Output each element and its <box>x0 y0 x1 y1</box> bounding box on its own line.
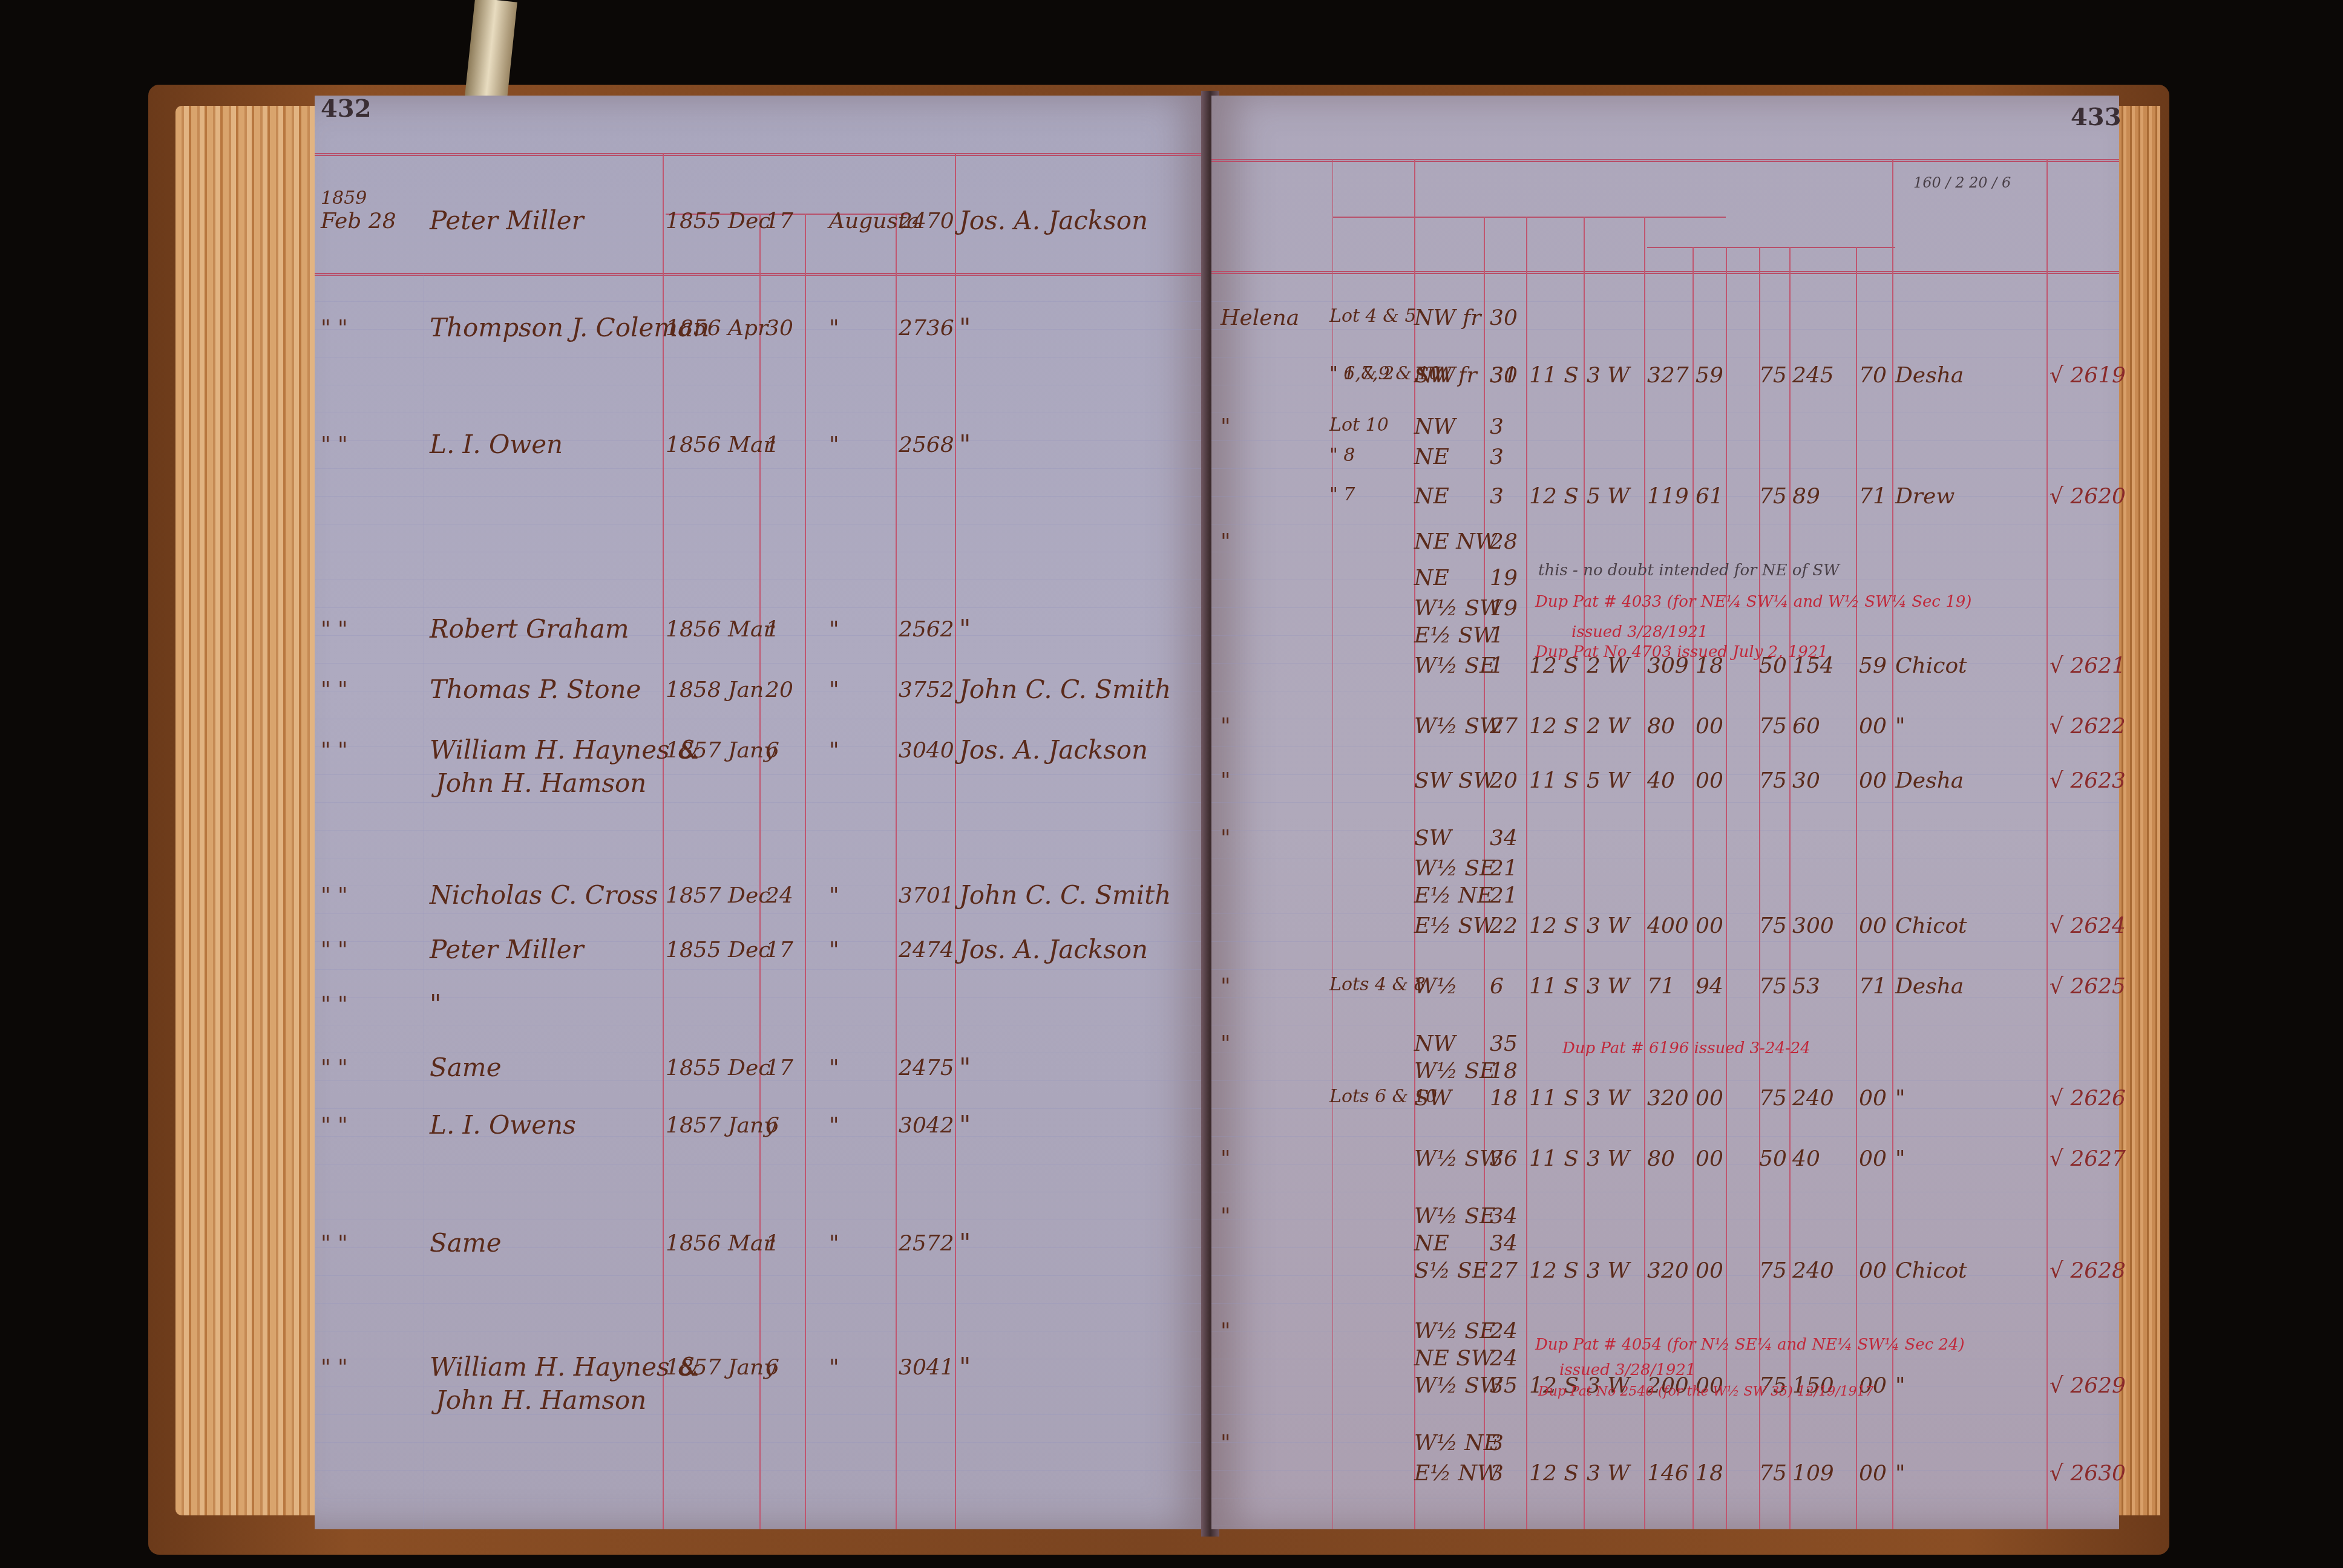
entry-sec: 34 <box>1490 826 1518 851</box>
entry-date: " " <box>321 433 348 457</box>
entry-county: " <box>1221 1031 1231 1056</box>
entry-certificate: 2562 <box>899 617 954 642</box>
ruled-line <box>1211 1192 2119 1192</box>
entry-check: √ 2629 <box>2050 1373 2126 1398</box>
entry-sec: 6 <box>1490 974 1504 999</box>
ruled-line <box>315 580 1209 580</box>
col-divider <box>1584 217 1585 1529</box>
entry-county2: " <box>1895 1373 1906 1398</box>
entry-sec: 3 <box>1490 1461 1504 1486</box>
entry-year-month: 1857 Jany <box>666 1113 776 1138</box>
entry-amount: 60 <box>1792 714 1820 739</box>
entry-county2: " <box>1895 1086 1906 1111</box>
entry-register: John C. C. Smith <box>959 880 1171 910</box>
entry-hund: 00 <box>1696 1086 1723 1111</box>
entry-rate: 75 <box>1759 768 1787 793</box>
entry-day: 1 <box>765 433 779 457</box>
entry-sec: 19 <box>1490 596 1518 621</box>
entry-year-month: 1857 Dec <box>666 883 770 908</box>
ruled-line <box>315 496 1209 497</box>
left-page: 432 1859Feb 28Peter Miller1855 Dec17Augu… <box>315 96 1209 1529</box>
entry-amount: 30 <box>1792 768 1820 793</box>
entry-day: 6 <box>765 1355 779 1380</box>
entry-register: " <box>959 430 971 459</box>
entry-office: " <box>829 433 839 457</box>
entry-date: " " <box>321 1113 348 1138</box>
entry-name: Nicholas C. Cross <box>430 880 658 910</box>
entry-lot: Lot 10 <box>1329 414 1389 436</box>
entry-check: √ 2621 <box>2050 653 2126 678</box>
entry-county2: " <box>1895 1461 1906 1486</box>
ruled-line <box>1211 440 2119 441</box>
entry-county2: Chicot <box>1895 913 1967 938</box>
entry-rate: 75 <box>1759 1258 1787 1283</box>
ruled-line <box>1211 552 2119 552</box>
entry-part: S½ SE <box>1414 1258 1488 1283</box>
ruled-line <box>1211 691 2119 691</box>
entry-name-second: John H. Hamson <box>436 768 646 798</box>
ruled-line <box>1211 329 2119 330</box>
col-divider <box>2046 159 2048 1529</box>
entry-office: " <box>829 1113 839 1138</box>
entry-rate: 75 <box>1759 1461 1787 1486</box>
entry-county: " <box>1221 1319 1231 1344</box>
entry-day: 17 <box>765 1056 793 1080</box>
entry-twp: 11 S <box>1529 363 1579 388</box>
entry-hund: 00 <box>1696 1258 1723 1283</box>
entry-rate: 75 <box>1759 974 1787 999</box>
ruled-line <box>315 607 1209 608</box>
entry-part: W½ SE <box>1414 1204 1495 1229</box>
entry-register: " <box>959 614 971 644</box>
entry-day: 6 <box>765 738 779 763</box>
ruled-line <box>315 830 1209 831</box>
entry-county2: Chicot <box>1895 1258 1967 1283</box>
entry-hund: 00 <box>1696 913 1723 938</box>
entry-office: " <box>829 1056 839 1080</box>
entry-sec: 18 <box>1490 1086 1518 1111</box>
ruled-line <box>315 913 1209 914</box>
pencil-calculation: 160 / 2 20 / 6 <box>1913 174 2011 191</box>
entry-part: W½ SE <box>1414 856 1495 881</box>
entry-year-month: 1857 Jany <box>666 738 776 763</box>
entry-date: " " <box>321 738 348 763</box>
ruled-line <box>315 468 1209 469</box>
ruled-line <box>1211 1442 2119 1443</box>
entry-check: √ 2620 <box>2050 484 2126 509</box>
entry-name: L. I. Owens <box>430 1110 576 1140</box>
red-note-dup-pat-4054: Dup Pat # 4054 (for N½ SE¼ and NE¼ SW¼ S… <box>1535 1336 1965 1354</box>
ruled-line <box>1211 413 2119 413</box>
entry-register: Jos. A. Jackson <box>959 206 1148 235</box>
col-divider <box>1526 217 1527 1529</box>
entry-check: √ 2626 <box>2050 1086 2126 1111</box>
entry-date: " " <box>321 883 348 908</box>
entry-hund: 61 <box>1696 484 1723 509</box>
entry-twp: 12 S <box>1529 913 1579 938</box>
entry-rge: 5 W <box>1587 768 1630 793</box>
entry-acres: 119 <box>1647 484 1689 509</box>
page-edges-right <box>2118 106 2160 1515</box>
entry-cents: 00 <box>1859 1086 1887 1111</box>
header-rule-top <box>315 153 1209 156</box>
entry-year-month: 1856 Mar <box>666 617 774 642</box>
ruled-line <box>1211 830 2119 831</box>
entry-county2: Desha <box>1895 974 1964 999</box>
entry-lot: " 1 & 2 <box>1329 363 1394 384</box>
entry-sec: 27 <box>1490 714 1518 739</box>
entry-office: " <box>829 617 839 642</box>
entry-part: SW <box>1414 826 1452 851</box>
entry-sec: 3 <box>1490 445 1504 469</box>
ruled-line <box>315 301 1209 302</box>
entry-sec: 35 <box>1490 1031 1518 1056</box>
entry-part: SW <box>1414 1086 1452 1111</box>
ruled-line <box>315 357 1209 358</box>
ruled-line <box>1211 301 2119 302</box>
entry-name: William H. Haynes & <box>430 735 700 765</box>
entry-part: W½ SE <box>1414 653 1495 678</box>
entry-part: E½ NE <box>1414 883 1493 908</box>
entry-sec: 21 <box>1490 883 1518 908</box>
entry-sec: 21 <box>1490 856 1518 881</box>
entry-check: √ 2628 <box>2050 1258 2126 1283</box>
ruled-line <box>315 413 1209 413</box>
entry-day: 1 <box>765 617 779 642</box>
red-note-issued: issued 3/28/1921 <box>1559 1361 1696 1379</box>
right-page-number: 433 <box>2071 103 2122 131</box>
entry-sec: 22 <box>1490 913 1518 938</box>
ruled-line <box>1211 746 2119 747</box>
entry-part: NW <box>1414 1031 1456 1056</box>
col-divider <box>1644 217 1645 1529</box>
entry-hund: 00 <box>1696 1146 1723 1171</box>
entry-county: Helena <box>1221 305 1299 330</box>
entry-day: 1 <box>765 1231 779 1256</box>
entry-twp: 11 S <box>1529 974 1579 999</box>
ruled-line <box>315 1498 1209 1498</box>
entry-day: 30 <box>765 316 793 341</box>
entry-cents: 00 <box>1859 714 1887 739</box>
entry-county: " <box>1221 974 1231 999</box>
entry-office: " <box>829 938 839 962</box>
entry-part: NW <box>1414 363 1456 388</box>
entry-sec: 18 <box>1490 1059 1518 1083</box>
ruled-line <box>315 1303 1209 1304</box>
col-divider <box>896 214 897 1529</box>
ruled-line <box>315 1470 1209 1471</box>
entry-acres: 80 <box>1647 714 1675 739</box>
entry-date: " " <box>321 938 348 962</box>
entry-rate: 75 <box>1759 913 1787 938</box>
entry-part: W½ SE <box>1414 1059 1495 1083</box>
ruled-line <box>315 552 1209 552</box>
entry-county2: Desha <box>1895 768 1964 793</box>
entry-twp: 11 S <box>1529 1086 1579 1111</box>
entry-office: " <box>829 738 839 763</box>
entry-name-second: John H. Hamson <box>436 1385 646 1415</box>
entry-acres: 71 <box>1647 974 1675 999</box>
entry-certificate: 3041 <box>899 1355 954 1380</box>
red-note-dup-pat-6196: Dup Pat # 6196 issued 3-24-24 <box>1562 1039 1810 1057</box>
entry-rge: 2 W <box>1587 714 1630 739</box>
entry-part: NE SW <box>1414 1346 1493 1371</box>
entry-rge: 3 W <box>1587 1461 1630 1486</box>
ruled-line <box>1211 1220 2119 1220</box>
entry-date: " " <box>321 1056 348 1080</box>
entry-acres: 40 <box>1647 768 1675 793</box>
entry-day: 6 <box>765 1113 779 1138</box>
col-divider <box>759 214 761 1529</box>
entry-cents: 71 <box>1859 484 1887 509</box>
ruled-line <box>1211 1414 2119 1415</box>
entry-check: √ 2627 <box>2050 1146 2126 1171</box>
entry-county: " <box>1221 529 1231 554</box>
entry-year-month: 1856 Apr <box>666 316 768 341</box>
entry-acres: 320 <box>1647 1086 1689 1111</box>
entry-register: " <box>959 1053 971 1082</box>
ruled-line <box>1211 802 2119 803</box>
entry-year-month: 1858 Jan <box>666 678 764 702</box>
entry-check: √ 2630 <box>2050 1461 2126 1486</box>
entry-day: 17 <box>765 938 793 962</box>
entry-rge: 3 W <box>1587 913 1630 938</box>
entry-cents: 71 <box>1859 974 1887 999</box>
entry-part: W½ <box>1414 974 1458 999</box>
entry-sec: 19 <box>1490 566 1518 590</box>
entry-name: William H. Haynes & <box>430 1352 700 1382</box>
ruled-line <box>1211 1025 2119 1025</box>
entry-year: 1859 <box>321 188 367 209</box>
entry-date: " " <box>321 1231 348 1256</box>
entry-part: W½ NE <box>1414 1431 1499 1455</box>
ruled-line <box>315 524 1209 524</box>
entry-hund: 00 <box>1696 714 1723 739</box>
entry-county: " <box>1221 714 1231 739</box>
entry-name: L. I. Owen <box>430 430 563 459</box>
page-edges-left <box>175 106 315 1515</box>
entry-amount: 300 <box>1792 913 1834 938</box>
entry-hund: 59 <box>1696 363 1723 388</box>
entry-amount: 53 <box>1792 974 1820 999</box>
entry-lot: " 8 <box>1329 445 1355 466</box>
entry-acres: 320 <box>1647 1258 1689 1283</box>
entry-sec: 30 <box>1490 305 1518 330</box>
header-rule-mid <box>1332 217 1726 218</box>
entry-lot: Lots 4 & 8 <box>1329 974 1426 995</box>
col-divider <box>663 153 664 1529</box>
ruled-line <box>315 663 1209 664</box>
entry-part: NE <box>1414 445 1449 469</box>
entry-part: NW fr <box>1414 305 1481 330</box>
ruled-line <box>315 1164 1209 1165</box>
entry-amount: 245 <box>1792 363 1834 388</box>
entry-check: √ 2619 <box>2050 363 2126 388</box>
ruled-line <box>315 997 1209 998</box>
entry-date: " " <box>321 1355 348 1380</box>
red-note-dup-pat-4033: Dup Pat # 4033 (for NE¼ SW¼ and W½ SW¼ S… <box>1535 593 1971 611</box>
entry-amount: 109 <box>1792 1461 1834 1486</box>
ruled-line <box>1211 941 2119 942</box>
ruled-line <box>315 1526 1209 1526</box>
entry-rge: 3 W <box>1587 1146 1630 1171</box>
entry-amount: 89 <box>1792 484 1820 509</box>
entry-county2: Desha <box>1895 363 1964 388</box>
entry-name: Peter Miller <box>430 935 584 964</box>
entry-twp: 11 S <box>1529 768 1579 793</box>
entry-year-month: 1856 Mar <box>666 1231 774 1256</box>
entry-rate: 75 <box>1759 714 1787 739</box>
entry-check: √ 2622 <box>2050 714 2126 739</box>
entry-day: 24 <box>765 883 793 908</box>
entry-part: E½ SW <box>1414 913 1495 938</box>
header-rule-low <box>1647 247 1895 248</box>
entry-sec: 24 <box>1490 1319 1518 1344</box>
entry-sec: 3 <box>1490 484 1504 509</box>
ruled-line <box>315 1442 1209 1443</box>
ruled-line <box>1211 357 2119 358</box>
entry-cents: 00 <box>1859 1146 1887 1171</box>
entry-county: " <box>1221 414 1231 439</box>
entry-hund: 94 <box>1696 974 1723 999</box>
entry-check: √ 2624 <box>2050 913 2126 938</box>
entry-rge: 3 W <box>1587 363 1630 388</box>
entry-part: NE <box>1414 1231 1449 1256</box>
entry-county2: Drew <box>1895 484 1955 509</box>
entry-part: NE <box>1414 484 1449 509</box>
ruled-line <box>315 1025 1209 1025</box>
entry-sec: 36 <box>1490 1146 1518 1171</box>
ruled-line <box>315 1192 1209 1192</box>
col-divider <box>424 274 424 1529</box>
ruled-line <box>315 802 1209 803</box>
entry-lot: Lot 4 & 5 <box>1329 305 1417 327</box>
right-page: 433 160 / 2 20 / 6 HelenaLot 4 & 5NW fr3… <box>1211 96 2119 1529</box>
entry-county: " <box>1221 1204 1231 1229</box>
header-rule-bottom <box>1211 271 2119 274</box>
entry-part: NE NW <box>1414 529 1498 554</box>
pencil-note-sec19: this - no doubt intended for NE of SW <box>1538 561 1840 580</box>
ruled-line <box>315 1275 1209 1276</box>
entry-name: Thomas P. Stone <box>430 675 641 704</box>
ruled-line <box>315 858 1209 858</box>
ruled-line <box>1211 1526 2119 1526</box>
ruled-line <box>1211 886 2119 886</box>
entry-date: Feb 28 <box>321 209 396 234</box>
col-divider <box>805 214 806 1529</box>
ruled-line <box>315 969 1209 970</box>
entry-office: " <box>829 678 839 702</box>
entry-check: √ 2623 <box>2050 768 2126 793</box>
entry-sec: 35 <box>1490 1373 1518 1398</box>
header-rule-top <box>1211 159 2119 162</box>
entry-register: Jos. A. Jackson <box>959 735 1148 765</box>
entry-rge: 3 W <box>1587 1086 1630 1111</box>
entry-name: Same <box>430 1228 502 1258</box>
entry-amount: 240 <box>1792 1086 1834 1111</box>
entry-office: " <box>829 1231 839 1256</box>
ruled-line <box>315 1331 1209 1331</box>
entry-rate: 50 <box>1759 1146 1787 1171</box>
ruled-line <box>1211 1303 2119 1304</box>
entry-certificate: 2470 <box>899 209 954 234</box>
entry-register: Jos. A. Jackson <box>959 935 1148 964</box>
entry-cents: 00 <box>1859 768 1887 793</box>
entry-certificate: 2568 <box>899 433 954 457</box>
ruled-line <box>1211 1359 2119 1359</box>
ruled-line <box>1211 1247 2119 1248</box>
entry-cents: 59 <box>1859 653 1887 678</box>
entry-rate: 75 <box>1759 363 1787 388</box>
entry-day: 20 <box>765 678 793 702</box>
entry-amount: 240 <box>1792 1258 1834 1283</box>
entry-register: " <box>959 1228 971 1258</box>
entry-cents: 00 <box>1859 1461 1887 1486</box>
entry-certificate: 3042 <box>899 1113 954 1138</box>
entry-certificate: 2474 <box>899 938 954 962</box>
entry-cents: 00 <box>1859 913 1887 938</box>
entry-cents: 70 <box>1859 363 1887 388</box>
entry-year-month: 1857 Jany <box>666 1355 776 1380</box>
entry-sec: 24 <box>1490 1346 1518 1371</box>
entry-sec: 34 <box>1490 1231 1518 1256</box>
header-rule-bottom <box>315 273 1209 276</box>
entry-twp: 12 S <box>1529 1258 1579 1283</box>
entry-rge: 3 W <box>1587 1258 1630 1283</box>
entry-part: W½ SW <box>1414 596 1502 621</box>
entry-certificate: 3701 <box>899 883 954 908</box>
entry-acres: 146 <box>1647 1461 1689 1486</box>
entry-part: E½ NW <box>1414 1461 1499 1486</box>
entry-name: Same <box>430 1053 502 1082</box>
entry-register: " <box>959 1110 971 1140</box>
ruled-line <box>315 1220 1209 1220</box>
entry-year-month: 1855 Dec <box>666 938 770 962</box>
entry-county2: " <box>1895 714 1906 739</box>
entry-check: √ 2625 <box>2050 974 2126 999</box>
entry-rge: 5 W <box>1587 484 1630 509</box>
entry-sec: 31 <box>1490 363 1518 388</box>
ruled-line <box>1211 969 2119 970</box>
entry-county: " <box>1221 826 1231 851</box>
ruled-line <box>1211 1331 2119 1331</box>
ruled-line <box>1211 580 2119 580</box>
col-divider <box>955 153 956 1529</box>
entry-rate: 75 <box>1759 1086 1787 1111</box>
entry-amount: 40 <box>1792 1146 1820 1171</box>
entry-part: W½ SW <box>1414 1373 1502 1398</box>
entry-part: W½ SW <box>1414 1146 1502 1171</box>
entry-rate: 75 <box>1759 484 1787 509</box>
entry-lot: " 7 <box>1329 484 1355 505</box>
entry-sec: 3 <box>1490 1431 1504 1455</box>
entry-hund: 00 <box>1696 768 1723 793</box>
red-note-dup-pat-2540: Dup Pat No 2540 (for the W½ SW 35) 12/19… <box>1538 1384 1874 1399</box>
entry-county2: " <box>1895 1146 1906 1171</box>
entry-certificate: 3752 <box>899 678 954 702</box>
entry-name: Robert Graham <box>430 614 629 644</box>
entry-part: W½ SE <box>1414 1319 1495 1344</box>
entry-certificate: 2572 <box>899 1231 954 1256</box>
entry-sec: 27 <box>1490 1258 1518 1283</box>
entry-certificate: 2475 <box>899 1056 954 1080</box>
entry-date: " " <box>321 992 348 1017</box>
entry-part: SW SW <box>1414 768 1496 793</box>
entry-twp: 12 S <box>1529 1461 1579 1486</box>
entry-register: " <box>959 313 971 342</box>
entry-acres: 327 <box>1647 363 1689 388</box>
entry-acres: 400 <box>1647 913 1689 938</box>
